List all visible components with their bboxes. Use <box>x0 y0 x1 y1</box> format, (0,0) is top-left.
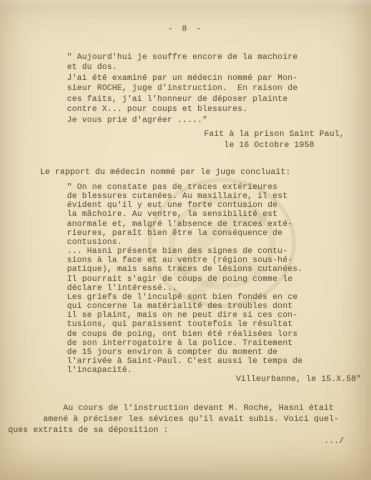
report-dateline: Villeurbanne, le 15.X.58" <box>236 375 361 384</box>
testimony-quote: " Aujourd'hui je souffre encore de la ma… <box>67 53 298 126</box>
report-intro-line: Le rapport du médecin nommé par le juge … <box>40 168 291 177</box>
closing-paragraph: Au cours de l'instruction devant M. Roch… <box>8 404 339 436</box>
prison-dateline: Fait à la prison Saint Paul, le 16 Octob… <box>204 129 344 151</box>
page-number: - 8 - <box>0 24 371 34</box>
scanned-document-page: - 8 - " Aujourd'hui je souffre encore de… <box>0 0 371 480</box>
medical-report-quote: " On ne constate pas de traces extérieur… <box>67 183 303 375</box>
continuation-mark: .../ <box>324 437 344 446</box>
